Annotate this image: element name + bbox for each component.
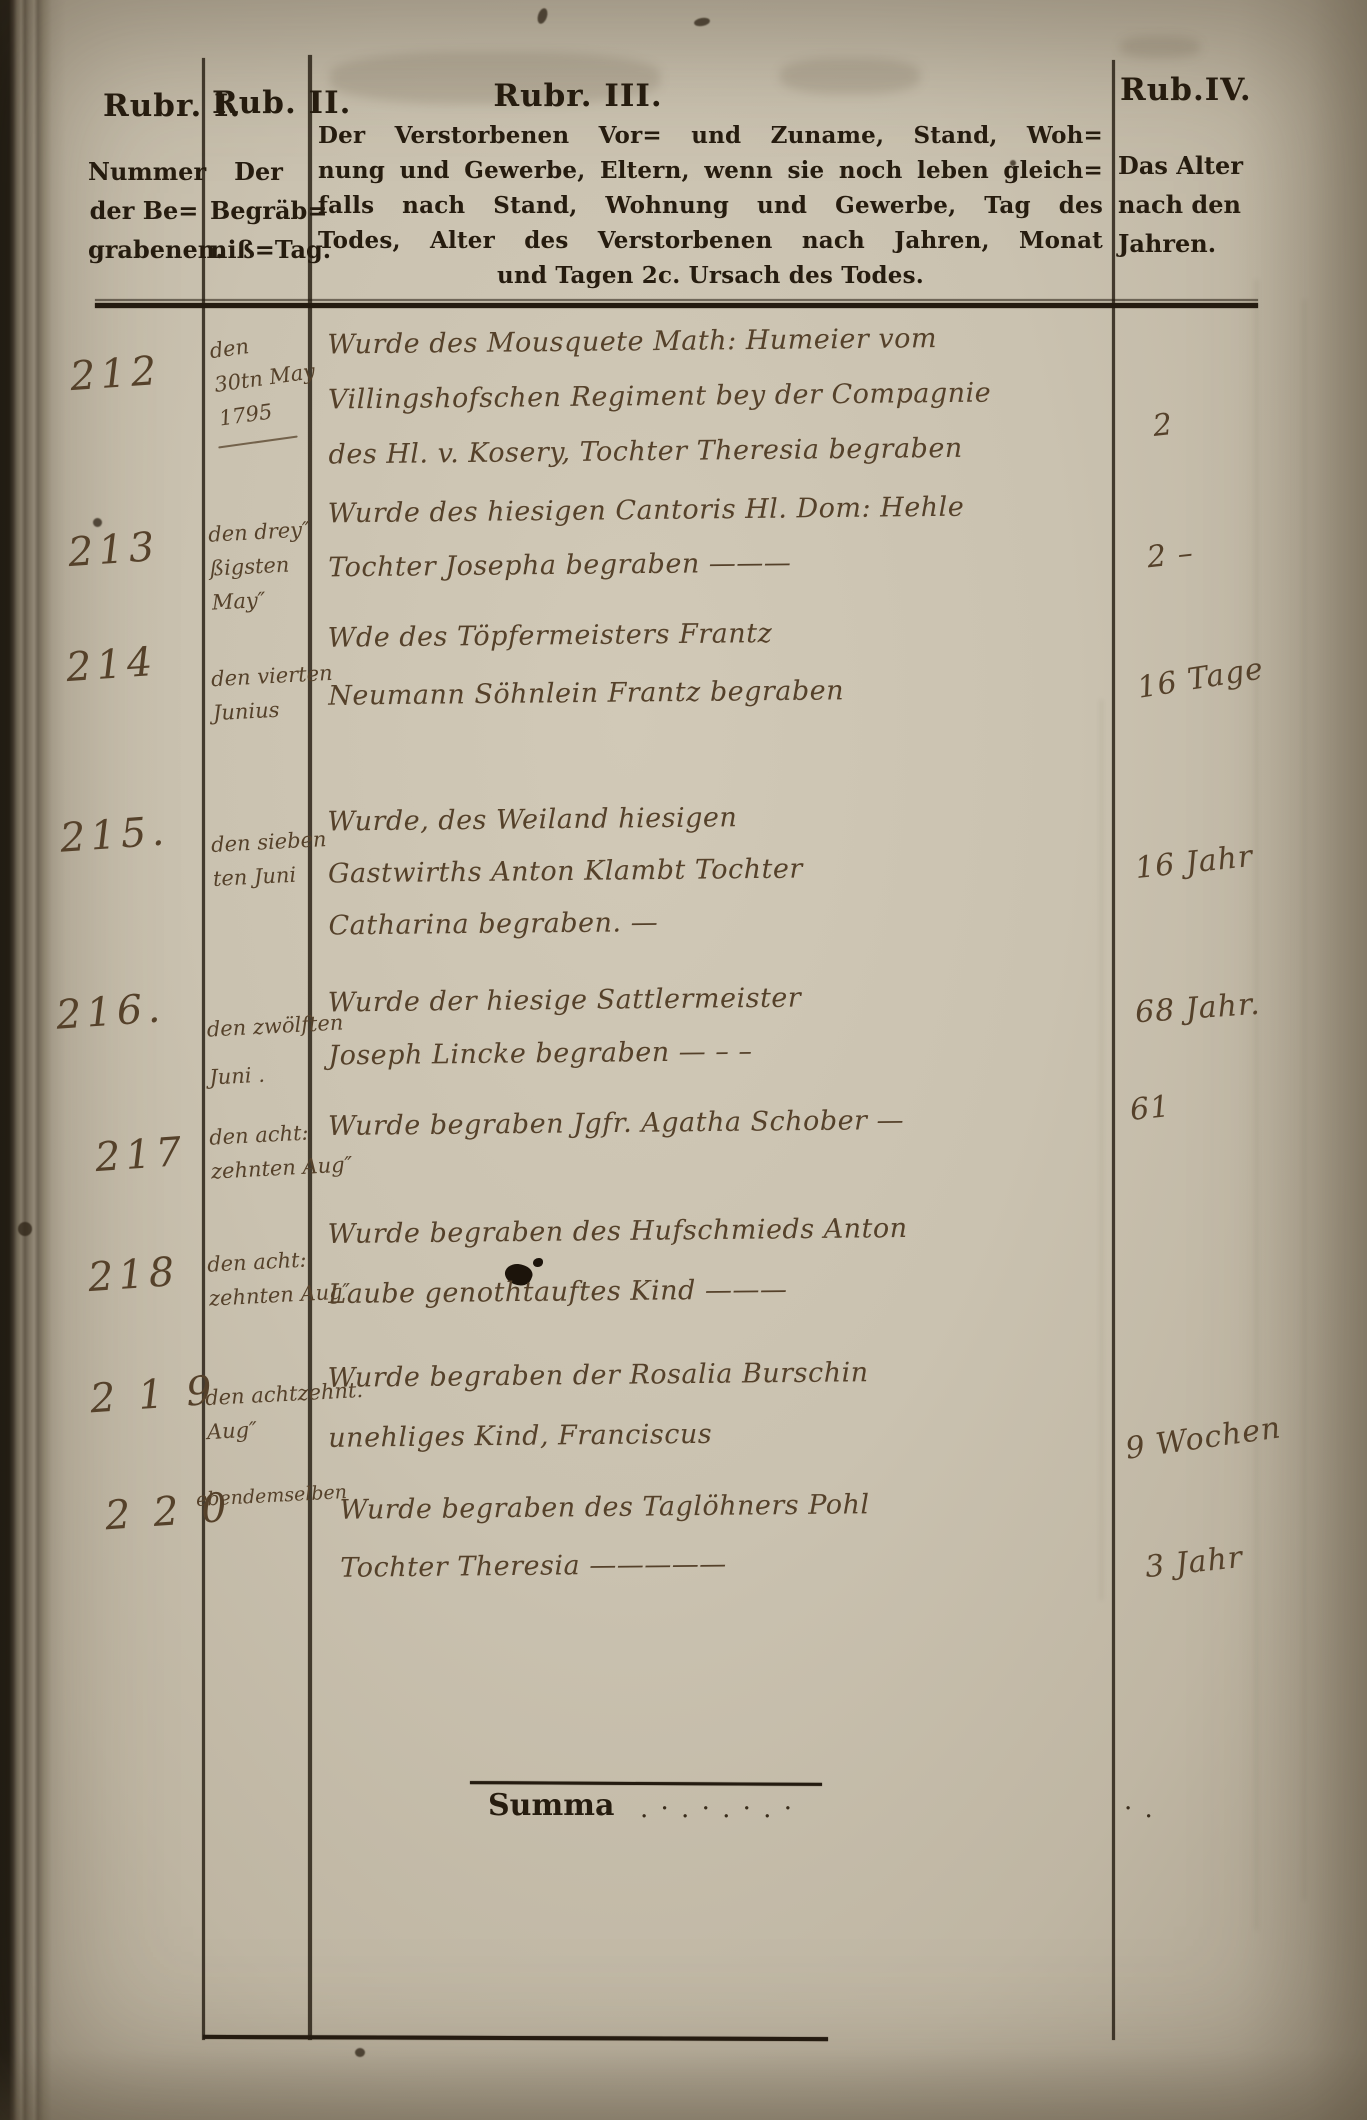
burial-date: den sieben ten Juni bbox=[210, 822, 329, 896]
burial-date: den vierten Junius bbox=[210, 656, 335, 730]
column-header-text-4: Das Alter nach den Jahren. bbox=[1118, 146, 1258, 263]
column-header-text-1: Nummer der Be= grabenen. bbox=[88, 152, 200, 269]
header-rule bbox=[95, 303, 1258, 308]
entry-text: Wde des Töpfermeisters Frantz Neumann Sö… bbox=[327, 604, 844, 725]
entry-text: Wurde begraben der Rosalia Burschin uneh… bbox=[327, 1343, 869, 1469]
ink-speck bbox=[693, 17, 710, 28]
entry-number: 2 1 9 bbox=[89, 1368, 219, 1423]
column-divider-1 bbox=[202, 58, 205, 2040]
paper-crease bbox=[1303, 300, 1306, 1900]
entry-text: Wurde des Mousquete Math: Humeier vom Vi… bbox=[327, 311, 992, 483]
column-header-text-2: Der Begräb= niß=Tag. bbox=[210, 152, 307, 269]
header-line: nung und Gewerbe, Eltern, wenn sie noch … bbox=[318, 157, 1103, 192]
burial-date: den zwölften Juni . bbox=[206, 998, 347, 1101]
entry-number: 216. bbox=[55, 985, 167, 1038]
entry-text: Wurde begraben Jgfr. Agatha Schober — bbox=[328, 1093, 905, 1155]
paper-crease bbox=[1100, 700, 1103, 1600]
age-value: 2 – bbox=[1145, 536, 1195, 576]
header-line: Todes, Alter des Verstorbenen nach Jahre… bbox=[318, 227, 1103, 262]
entry-number: 218 bbox=[87, 1249, 181, 1301]
age-value: 3 Jahr bbox=[1143, 1540, 1244, 1585]
entry-number: 214 bbox=[65, 639, 159, 691]
burial-date: den drey″ ßigsten May″ bbox=[207, 512, 314, 619]
ink-smudge bbox=[1120, 36, 1200, 58]
entry-text: Wurde, des Weiland hiesigen Gastwirths A… bbox=[327, 792, 803, 953]
entry-text: Wurde begraben des Taglöhners Pohl Tocht… bbox=[339, 1476, 870, 1598]
entry-number: 212 bbox=[69, 348, 163, 400]
header-line: falls nach Stand, Wohnung und Gewerbe, T… bbox=[318, 192, 1103, 227]
ink-speck bbox=[93, 518, 102, 527]
burial-date: den 30tn May 1795 bbox=[207, 320, 321, 435]
ink-speck bbox=[536, 7, 550, 25]
ink-speck bbox=[18, 1222, 32, 1236]
entry-text: Wurde des hiesigen Cantoris Hl. Dom: Heh… bbox=[327, 481, 965, 596]
summa-label: Summa bbox=[488, 1788, 614, 1823]
entry-text: Wurde begraben des Hufschmieds Anton Lau… bbox=[327, 1199, 908, 1325]
entry-number: 217 bbox=[94, 1129, 188, 1181]
burial-register-page: Rubr. I. Nummer der Be= grabenen. Rub. I… bbox=[0, 0, 1367, 2120]
paper-crease bbox=[1255, 280, 1258, 1930]
summa-col4-marks: · . bbox=[1124, 1794, 1155, 1824]
entry-number: 213 bbox=[67, 524, 161, 576]
header-line: Der Verstorbenen Vor= und Zuname, Stand,… bbox=[318, 122, 1103, 157]
entry-number: 215. bbox=[59, 808, 171, 861]
date-underline bbox=[218, 435, 297, 448]
burial-date: ebendemselben bbox=[195, 1475, 348, 1517]
bottom-edge-shadow bbox=[0, 2050, 1367, 2120]
column-divider-3 bbox=[1112, 60, 1115, 2040]
age-value: 61 bbox=[1128, 1089, 1172, 1128]
column-header-text-3: Der Verstorbenen Vor= und Zuname, Stand,… bbox=[318, 122, 1103, 297]
age-value: 2 bbox=[1151, 407, 1175, 444]
column-header-rubric-3: Rubr. III. bbox=[318, 78, 838, 114]
header-line: und Tagen 2c. Ursach des Todes. bbox=[318, 262, 1103, 297]
ink-speck bbox=[355, 2048, 365, 2057]
summa-leaders: . · . · . · . · bbox=[640, 1794, 1100, 1824]
header-rule-upper bbox=[95, 299, 1258, 301]
entry-text: Wurde der hiesige Sattlermeister Joseph … bbox=[327, 972, 802, 1083]
column-header-rubric-4: Rub.IV. bbox=[1120, 72, 1252, 108]
summa-rule bbox=[470, 1781, 822, 1786]
bottom-rule bbox=[203, 2035, 828, 2041]
book-binding-edge bbox=[0, 0, 66, 2120]
